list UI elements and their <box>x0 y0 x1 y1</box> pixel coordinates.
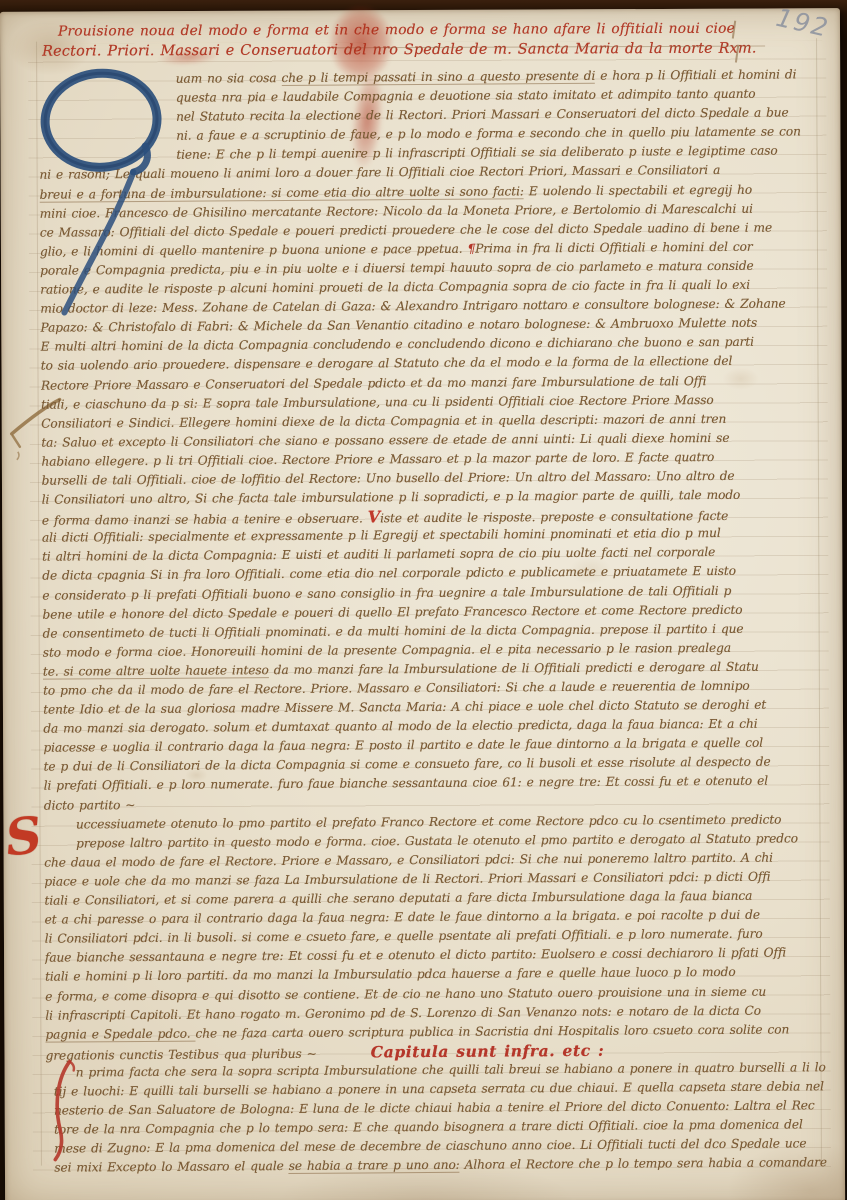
text-segment: ce Massaro: Offitiali del dicto Spedale … <box>40 220 772 239</box>
text-segment: ni. a faue e a scruptinio de faue, e p l… <box>176 125 801 143</box>
text-segment: breui e a fortuna de imbursulatione: si … <box>40 184 524 202</box>
text-segment: to pmo che da il modo de fare el Rectore… <box>43 679 750 698</box>
text-segment: porale e Compagnia predicta, piu e in pi… <box>40 259 754 278</box>
text-segment: ratione, e audite le risposte p alcuni h… <box>40 278 750 297</box>
capitula-rubric: Capitula sunt infra. etc : <box>371 1041 605 1062</box>
text-segment: tiali e Consiliatori, et si come parera … <box>44 889 752 908</box>
text-segment: Prima in fra li dicti Offitiali e homini… <box>475 240 752 256</box>
rubric-initial-s: S <box>3 804 80 875</box>
text-segment: tore de la nra Compagnia che p lo tempo … <box>54 1118 803 1137</box>
text-segment: nesterio de San Saluatore de Bologna: E … <box>54 1098 815 1117</box>
text-segment: da mo manzi fare la Imbursulatione de li… <box>269 660 759 677</box>
text-segment: ni e rasoni; Le quali moueno li animi lo… <box>39 163 720 182</box>
text-segment: li Consiliatori pdci. in li busoli. si c… <box>45 927 763 946</box>
text-segment: E uolendo li spectabili et egregij ho <box>524 182 752 198</box>
text-segment: faue bianche sessantauna e negre tre: Et… <box>45 946 786 965</box>
text-segment: V <box>368 507 380 526</box>
text-segment: burselli de tali Offitiali. cioe de loff… <box>42 469 735 488</box>
text-segment: mio doctor di leze: Mess. Zohane de Cate… <box>40 297 785 316</box>
text-segment: tiali, e ciaschuno da p si: E sopra tale… <box>41 393 714 412</box>
folio-number: 192 <box>774 3 833 43</box>
text-segment: E multi altri homini de la dicta Compagn… <box>41 335 754 354</box>
text-segment: e considerato p li prefati Offitiali buo… <box>42 583 731 602</box>
text-segment: e hora p li Offitiali et homini di <box>595 67 796 82</box>
rubric-heading-line-2: Rectori. Priori. Massari e Conseruatori … <box>42 41 757 60</box>
text-segment: uccessiuamete otenuto lo pmo partito el … <box>76 812 781 831</box>
text-segment: ti altri homini de la dicta Compagnia: E… <box>42 545 715 564</box>
text-segment: tente Idio et de la sua gloriosa madre M… <box>43 698 766 717</box>
text-segment: tiali e homini p li loro partiti. da mo … <box>45 965 736 984</box>
text-segment: Alhora el Rectore che p lo tempo sera ha… <box>460 1156 827 1173</box>
text-segment: Consiliatori e Sindici. Ellegere homini … <box>41 412 726 431</box>
manuscript-line: sei mixi Excepto lo Massaro el quale se … <box>46 1154 826 1179</box>
text-segment: ta: Saluo et excepto li Consiliatori che… <box>41 431 729 450</box>
text-segment: n prima facta che sera la sopra scripta … <box>76 1060 826 1080</box>
rubric-heading-line-1: Prouisione noua del modo e forma et in c… <box>58 21 735 40</box>
text-block: S uam no sia cosa che p li tempi passati… <box>39 65 827 1190</box>
text-segment: mese di Zugno: E la pma domenica del mes… <box>54 1137 806 1156</box>
text-segment: pagnia e Spedale pdco. <box>45 1026 195 1042</box>
text-segment: tij e luochi: E quilli tali burselli se … <box>54 1079 826 1099</box>
text-segment: li infrascripti Capitoli. Et hano rogato… <box>45 1003 761 1022</box>
manuscript-page: 192 Prouisione noua del modo e forma et … <box>0 8 845 1200</box>
text-segment: glio, e li homini di quello mantenire p … <box>40 242 468 259</box>
text-segment: uam no sia cosa <box>176 71 282 86</box>
text-segment: tiene: E che p li tempi auenire p li inf… <box>176 144 777 162</box>
text-segment: mini cioe. Francesco de Ghisilino mercat… <box>40 201 753 220</box>
text-segment: gregationis cunctis Testibus qua pluribu… <box>46 1047 317 1063</box>
text-segment: questa nra pia e laudabile Compagnia e d… <box>176 87 756 105</box>
text-segment: to sia uolendo ario prouedere. dispensar… <box>41 354 733 373</box>
text-segment: et a chi paresse o para il contrario dag… <box>45 908 760 927</box>
text-segment: che ne faza carta ouero scriptura public… <box>195 1022 789 1040</box>
text-segment: Rectore Priore Massaro e Conseruatori de… <box>41 374 707 393</box>
text-segment: se habia a trare p uno ano: <box>289 1158 460 1174</box>
text-segment: sto modo e forma cioe. Honoreuili homini… <box>43 641 731 660</box>
text-segment: iste et audite le risposte. preposte e c… <box>380 509 728 525</box>
manuscript-scan: 192 Prouisione noua del modo e forma et … <box>0 0 847 1200</box>
text-segment: da mo manzi sia derogato. solum et dumta… <box>43 717 757 736</box>
text-segment: te p dui de li Consiliatori de la dicta … <box>44 755 771 774</box>
text-segment: prepose laltro partito in questo modo e … <box>76 831 798 850</box>
text-segment: che p li tempi passati in sino a questo … <box>281 69 595 86</box>
text-segment: bene utile e honore del dicto Spedale e … <box>42 602 742 621</box>
text-segment: li prefati Offitiali. e p loro numerate.… <box>44 774 768 793</box>
text-segment: de consentimeto de tucti li Offitiali pn… <box>43 622 744 641</box>
text-segment: te. si come altre uolte hauete inteso <box>43 663 269 680</box>
text-segment: ali dicti Offitiali: specialmente et exp… <box>42 526 721 545</box>
text-segment: piace e uole che da mo manzi se faza La … <box>44 870 770 889</box>
text-segment: e forma damo inanzi se habia a tenire e … <box>42 512 368 528</box>
text-segment: che daua el modo de fare el Rectore. Pri… <box>44 850 773 869</box>
text-segment: de dicta cpagnia Si in fra loro Offitial… <box>42 564 736 583</box>
text-segment: nel Statuto recita la electione de li Re… <box>176 106 789 124</box>
text-segment: Papazo: & Christofalo di Fabri: & Michel… <box>40 316 757 335</box>
text-segment: piacesse e uoglia il contrario daga la f… <box>43 736 763 755</box>
text-segment: sei mixi Excepto lo Massaro el quale <box>54 1159 288 1175</box>
text-segment: habiano ellegere. p li tri Offitiali cio… <box>41 450 714 469</box>
text-segment: li Consiliatori uno altro, Si che facta … <box>42 488 741 507</box>
text-segment: e forma, e come disopra e qui disotto se… <box>45 984 766 1003</box>
